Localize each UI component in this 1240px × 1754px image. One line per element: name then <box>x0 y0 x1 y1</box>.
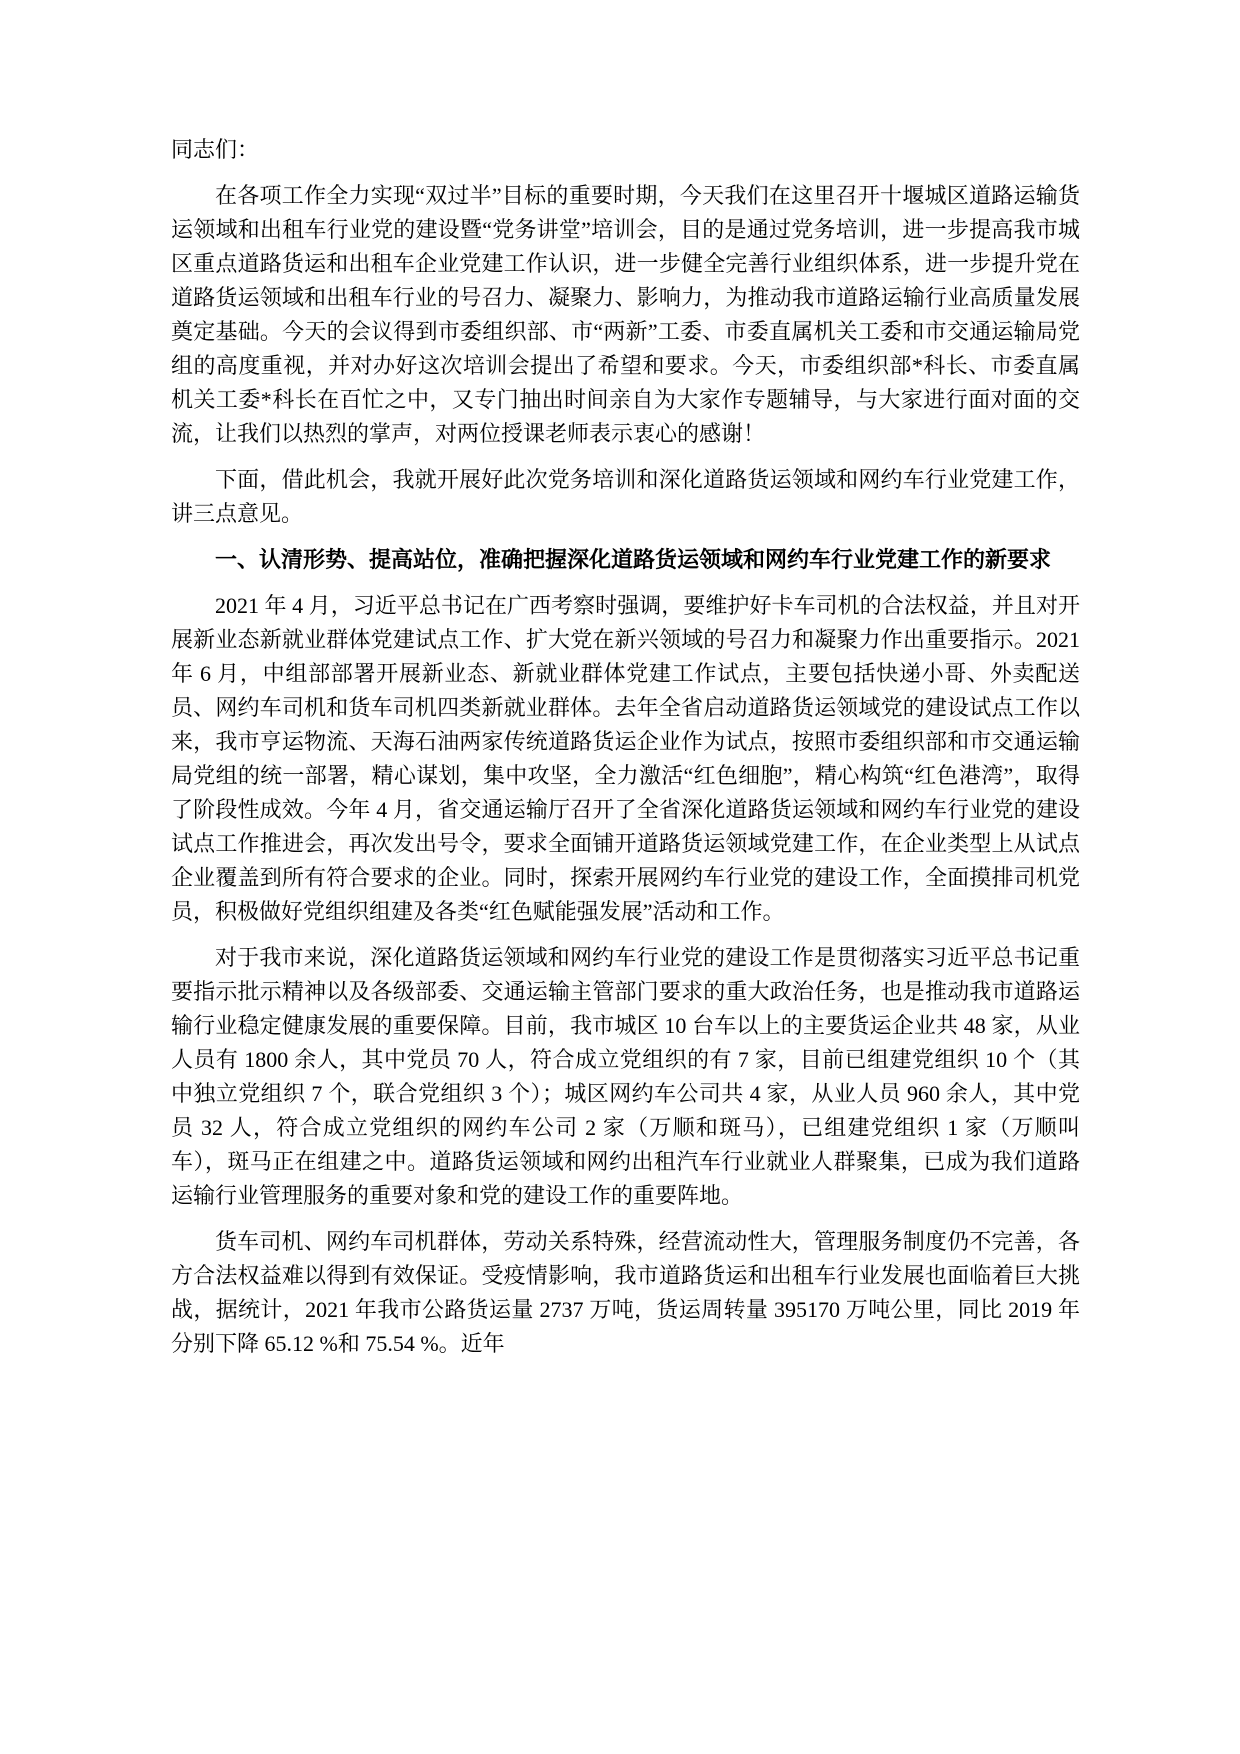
paragraph-transition: 下面，借此机会，我就开展好此次党务培训和深化道路货运领域和网约车行业党建工作，讲… <box>171 463 1080 531</box>
paragraph-city-situation: 对于我市来说，深化道路货运领域和网约车行业党的建设工作是贯彻落实习近平总书记重要… <box>171 941 1080 1213</box>
paragraph-driver-groups: 货车司机、网约车司机群体，劳动关系特殊，经营流动性大，管理服务制度仍不完善，各方… <box>171 1225 1080 1361</box>
paragraph-background: 2021 年 4 月，习近平总书记在广西考察时强调，要维护好卡车司机的合法权益，… <box>171 589 1080 929</box>
document-page: 同志们： 在各项工作全力实现“双过半”目标的重要时期，今天我们在这里召开十堰城区… <box>0 0 1240 1754</box>
salutation: 同志们： <box>171 133 1080 167</box>
paragraph-opening: 在各项工作全力实现“双过半”目标的重要时期，今天我们在这里召开十堰城区道路运输货… <box>171 179 1080 451</box>
section-heading-1: 一、认清形势、提高站位，准确把握深化道路货运领域和网约车行业党建工作的新要求 <box>171 543 1080 577</box>
